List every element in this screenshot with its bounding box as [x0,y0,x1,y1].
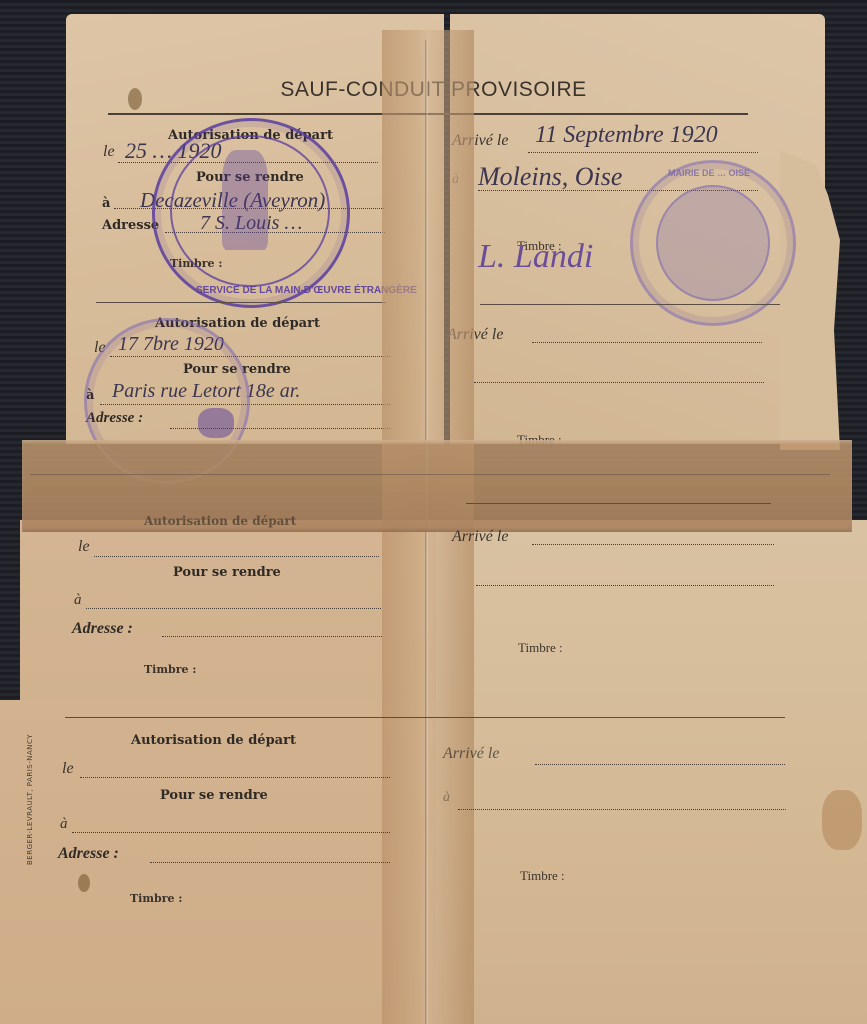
section4-destination-line [72,832,390,833]
section3-address-label: Adresse : [72,620,133,638]
right4-stamp-label: Timbre : [520,868,565,884]
section4-destination-label: à [60,816,68,833]
paper-bottom-right [436,520,867,1024]
vertical-fold [425,40,428,1024]
section4-address-label: Adresse : [58,845,119,863]
section3-address-line [162,636,382,637]
right2-arrival-line [532,342,762,343]
right4-arrival-line [535,764,785,765]
section3-destination-label: à [74,592,82,609]
section1-destination-label: à [102,196,110,211]
right1-arrival-line [528,152,758,153]
section1-divider [96,302,386,303]
section3-heading: Autorisation de départ [144,514,296,528]
section3-stamp-label: Timbre : [144,663,196,676]
section3-date-line [94,556,379,557]
right4-place-label: à [443,790,450,806]
section1-date-label: le [103,143,115,161]
section4-date-line [80,777,390,778]
section4-heading: Autorisation de départ [131,733,296,748]
right-hidden-divider [466,503,771,504]
right3-arrival-label: Arrivé le [452,528,508,546]
stain-spot [78,874,90,892]
section1-address-label: Adresse [102,218,159,233]
tape-fold-line [30,474,830,475]
right1-arrival-value: 11 Septembre 1920 [535,122,718,149]
right2-place-line [474,382,764,383]
section3-date-label: le [78,538,90,556]
section4-destination-heading: Pour se rendre [160,788,268,803]
right4-arrival-label: Arrivé le [443,745,499,763]
section4-date-label: le [62,760,74,778]
section3-destination-line [86,608,381,609]
printer-imprint: BERGER-LEVRAULT, PARIS-NANCY [26,725,34,865]
right1-place-value: Moleins, Oise [478,162,622,192]
right3-place-line [476,585,774,586]
section4-address-line [150,862,390,863]
section3-destination-heading: Pour se rendre [173,565,281,580]
right4-place-line [458,809,786,810]
section3-divider [65,717,785,718]
stain-spot-top [128,88,142,110]
mairie-stamp-inner [656,185,770,301]
mairie-stamp-text: MAIRIE DE … OISE [668,168,750,178]
liberty-figure-icon [222,150,268,250]
right1-signature: L. Landi [478,238,593,276]
water-damage-stain [822,790,862,850]
right1-divider [480,304,780,305]
safe-conduct-document: SAUF-CONDUIT PROVISOIRE Autorisation de … [0,0,867,1024]
section4-stamp-label: Timbre : [130,892,182,905]
paper-torn-edge [780,150,840,450]
ink-blot [198,408,234,438]
right3-stamp-label: Timbre : [518,640,563,656]
right3-arrival-line [532,544,774,545]
